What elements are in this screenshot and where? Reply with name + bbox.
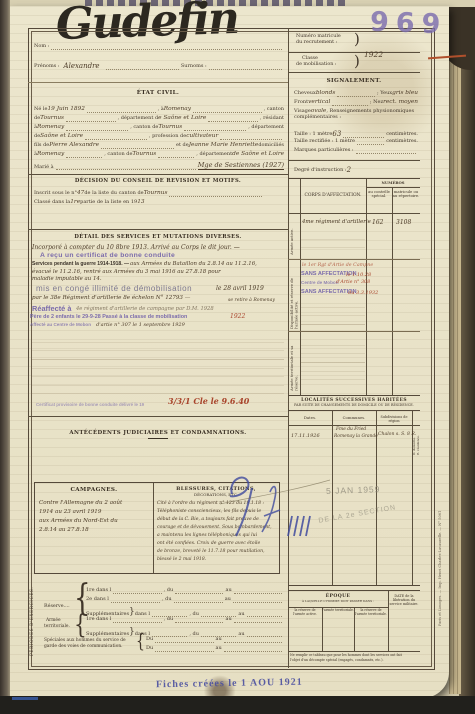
divider [288,213,420,214]
speciales-r1: Du au [146,637,284,643]
divider [322,607,323,651]
blank-rows [301,231,365,255]
degre-row: Degré d'instruction : 2 [294,166,404,174]
epoque-note2: l'objet d'un décompte spécial (engagés, … [290,659,418,663]
demobilisation-stamp: mis en congé illimité de démobilisation [36,284,192,293]
front-row: Front vertical ; Nez rect. moyen [294,99,418,106]
record-page: Gudefin Nom : Prénoms : Alexandre Surnom… [8,6,449,698]
services-line4: maladie imputable au 14. [32,276,102,282]
corps-header: CORPS D'AFFECTATION. [300,193,366,198]
localites-title2: PAR SUITE DE CHANGEMENTS DE DOMICILE OU … [290,404,418,408]
territoriale-label2: territoriale. [44,624,70,629]
label: domiciliés [258,143,284,149]
services-title: DÉTAIL DES SERVICES ET MUTATIONS DIVERSE… [28,234,288,240]
label: , canton de [130,125,158,131]
antecedents-title: ANTÉCÉDENTS JUDICIAIRES ET CONDAMNATIONS… [28,430,288,436]
front-label: Front [294,100,308,106]
campagnes-title: CAMPAGNES. [35,487,153,493]
classe-value: 1922 [364,50,383,59]
epoque-col3: la réserve de l'armée territoriale. [354,609,388,616]
speciales-label1: Spéciales aux hommes du service de [44,638,126,643]
complementaires-label: complémentaires : [294,115,341,121]
divider [288,160,420,161]
speciales-brace: { [136,632,145,653]
cm-label: centimètres. [386,139,418,145]
centre-stamp: Affecté au Centre de Mobon [30,322,91,327]
label: , canton de [104,152,132,158]
prenoms-row: Prénoms : Alexandre Surnoms : [34,62,284,70]
divider [288,425,420,426]
corps-table: NUMÉROS CORPS D'AFFECTATION. au contrôle… [288,178,420,396]
label: , du [164,617,174,623]
armee-active-label: Armée active. [290,221,294,255]
marques-row: Marques particulières : [294,148,418,154]
campagnes-line1: Contre l'Allemagne du 2 août [39,500,122,506]
label: fils de [34,143,49,149]
reaffecte-stamp: Réaffecté à [32,304,71,313]
decision-line1: Inscrit sous le n° 47 de la liste du can… [34,190,264,197]
label: Inscrit sous le n° [34,191,77,197]
matricule-label2: du recrutement : [296,40,337,46]
localite-row-subdivision: Chalon s. S. 8 R. [378,432,416,437]
classe-label1: Classe [302,56,318,62]
degre-label: Degré d'instruction : [294,168,347,174]
sans1-date: le 1.10.28 [346,272,371,278]
residence: Romenay [37,124,64,131]
label: au [216,637,222,643]
label: , département [196,152,232,158]
ec-line1: Né le 19 Juin 1892 , à Romenay , canton [34,106,284,113]
domicile: Romenay [37,151,64,158]
blessures-l8: blessé le 2 mai 1918. [157,557,206,562]
birth-place: Romenay [164,106,191,113]
blank-rows [301,299,365,327]
label: de la liste du canton de [84,191,143,197]
title-underline [148,438,168,439]
printer-imprint: Paris et Limoges. — Imp. Henri Charles-L… [438,296,442,626]
blessures-l6: ont été confiées. Croix de guerre avec é… [157,541,260,546]
yeux-label: ; Yeux [377,91,392,97]
ec-line5: fils de Pierre Alexandre et de Jeanne Ma… [34,142,284,149]
birth-date: 19 Juin 1892 [47,106,84,113]
demobilisation-date: le 28 avril 1919 [216,285,264,292]
campagnes-line3: aux Armées du Nord-Est du [39,518,118,524]
label: 1re dans l [86,617,111,623]
label: Né le [34,107,47,113]
services-line5b: se retire à Romenay [228,298,275,303]
departement: e Saône et Loire [158,115,206,122]
divider [288,72,420,73]
ec-line3: à Romenay , canton de Tournus , départem… [34,124,284,131]
front-value: vertical [308,99,330,106]
services-line3: évacué le 11.2.16, rentré aux Armées du … [32,269,221,275]
divider [288,331,420,332]
periode-r1: 1re dans l , du au [86,588,284,594]
pere-stamp: Père de 2 enfants le 29-9-28 Passé à la … [30,314,187,320]
yeux-value: gris bleu [392,90,418,97]
marie-value: Mge de Sestiennes (1927) [198,162,284,170]
label: Du [146,637,153,643]
periode-r2: 2e dans l , du au [86,597,284,603]
speciales-r2: Du au [146,646,284,652]
canton: Tournus [132,151,156,158]
scanned-military-record: Gudefin Nom : Prénoms : Alexandre Surnom… [0,0,475,714]
etat-civil-title: ÉTAT CIVIL. [28,90,288,96]
matricule-label1: Numéro matricule [296,34,341,40]
localite-row-commune1: Fme du Fried [336,427,366,432]
services-line5: par le 38e Régiment d'artillerie 8e éche… [32,295,190,301]
corps-row1-controle: 162 [372,219,383,226]
communes-header: Communes. [332,416,376,420]
supplementaires-label: Supplémentaires [86,632,129,638]
centre-mob-red: d'Artie n° 308 [336,280,370,285]
nez-value: rect. moyen [383,99,418,106]
classe-label2: de mobilisation : [296,62,336,68]
pen-scribble [218,458,338,540]
matricule-number-stamp: 969 [369,7,447,41]
divider [366,187,420,188]
canton: Tournus [144,190,168,197]
label: , département [248,125,284,131]
taille-row: Taille : 1 mètre 63 centimètres. [294,130,418,138]
centre-value: d'artie n° 307 le 1 septembre 1929 [96,322,185,328]
classe-brace: ) [354,52,360,70]
periode-t2: Supplémentaires } dans l , du au [86,627,284,637]
periodes-side-label: PÉRIODES D'EXERCICES. [30,586,35,656]
label: , canton [264,107,284,113]
services-line1: Incorporé à compter du 10 8bre 1913. Arr… [32,244,240,251]
taille-rect-row: Taille rectifiée : 1 mètre centimètres. [294,139,418,145]
label: au [225,588,231,594]
cheveux-label: Cheveux [294,91,316,97]
taille-value: 63 [332,130,341,138]
corps-row1-matricule: 3108 [396,219,411,226]
campagnes-line2: 1914 au 23 avril 1919 [39,509,101,515]
label: Du [146,646,153,652]
canton: Tournus [40,115,64,122]
ec-line6: à Romenay , canton de Tournus , départem… [34,151,284,158]
blank-ruled-area [32,334,284,400]
profession: cultivateur [186,133,218,140]
taille-rectifiee-label: Taille rectifiée : 1 mètre [294,139,355,145]
list-number: 47 [77,190,84,197]
divider [366,179,367,395]
page-stack-edge [449,8,461,694]
label: au [225,617,231,623]
localite-row-date: 17.11.1926 [291,433,320,439]
guerre-stamp: Services pendant la guerre 1914-1918. — [32,261,129,267]
numeros-header: NUMÉROS [366,181,420,185]
label: , département d [118,116,159,122]
campagnes-line4: 2.8.14 au 27.8.18 [39,527,89,533]
divider [28,82,288,83]
departement: Saône et Loire [40,133,83,140]
territoriale-brace: { [74,608,87,639]
surnoms-label: Surnoms : [181,64,207,70]
controle-header: au contrôle spécial. [366,190,392,199]
photo-right-edge [459,0,475,714]
nom-row: Nom : [34,44,284,50]
departement: de Saône et Loire [232,151,284,158]
sans2-date: du 3.3.1932 [348,290,378,296]
decision-title: DÉCISION DU CONSEIL DE REVISION ET MOTIF… [28,178,288,184]
certificat-stamp: A reçu un certificat de bonne conduite [40,252,175,259]
epoque-col2: l'armée territoriale. [322,609,354,613]
fiches-creees-stamp: Fiches créées le 1 AOU 1921 [156,677,303,691]
corps-row1-name: 4me régiment d'artillerie [302,219,371,225]
nom-label: Nom : [34,44,49,50]
red-affectation: le 1er Rgt d'Artie de Campne [302,263,373,268]
epoque-subtitle: À LAQUELLE L'HOMME DOIT PASSER DANS : [288,600,388,603]
label: Classé dans la [34,200,70,206]
canton: Tournus [158,124,182,131]
nez-label: ; Nez [370,100,383,106]
signalement-title: SIGNALEMENT. [288,78,420,84]
label: au [216,646,222,652]
periode-r3: Supplémentaires } dans l , du au [86,607,284,617]
certificat-provisoire-stamp: Certificat provisoire de bonne conduite … [36,402,144,407]
date-liberation-header: DATE de la libération du service militai… [388,595,420,607]
blessures-l7: de bronze, breveté le 11.7.18 pour mutil… [157,549,265,554]
red-note: 3/3/1 Cle le 9.6.40 [168,396,249,406]
matricule-brace: ) [354,30,360,48]
ec-line2: de Tournus , département d e Saône et Lo… [34,115,284,122]
legend-residence: R. résidence. [417,415,420,455]
pere-value: 1922 [230,313,245,320]
speciales-label2: garde des voies de communication. [44,644,123,649]
epoque-table: ÉPOQUE À LAQUELLE L'HOMME DOIT PASSER DA… [288,590,420,669]
photo-bottom-edge [0,696,475,714]
label: 1re dans l [86,588,111,594]
label: au [225,597,231,603]
localite-row-commune2: Romenay la Grande [334,434,378,439]
blank-rows [301,337,365,387]
divider [28,174,288,175]
mother-name: Jeanne Marie Henriette [189,142,259,149]
label: 2e dans l [86,597,109,603]
marie-row: Marié à Mge de Sestiennes (1927) [34,162,284,170]
annee: 13 [137,199,144,206]
subdivisions-header: Subdivisions de région [376,416,412,424]
label: , du [162,597,172,603]
divider [28,416,288,417]
divider [28,229,288,230]
divider [288,651,420,652]
territoriale-label1: Armée [46,618,61,623]
partie: 1re [70,199,80,206]
marques-label: Marques particulières : [294,148,354,154]
decision-line2: Classé dans la 1re partie de la liste en… [34,199,214,206]
dates-header: Dates. [288,416,332,420]
ec-line4: de Saône et Loire , profession de cultiv… [34,133,284,140]
label: et de [176,143,189,149]
reaffecte-value: 4e régiment d'artillerie de campagne par… [76,306,214,312]
prenoms-label: Prénoms : [34,64,60,70]
degre-value: 2 [347,166,351,174]
centre-mob-stamp: Centre de Mobon [301,280,339,285]
label: , résidant [260,116,284,122]
marie-label: Marié à [34,165,54,171]
prenom-value: Alexandre [64,62,100,70]
reserve-label: Réserve.... [44,604,70,610]
label: , profession de [149,134,186,140]
divider [392,187,393,395]
book-binding [0,0,10,702]
territoriale-reserve-label: Armée territoriale et sa réserve. [290,337,299,391]
father-name: Pierre Alexandre [49,142,99,149]
divider [288,259,420,260]
periode-t1: 1re dans l , du au [86,617,284,623]
services-line2: aux Armées du Bataillon du 2.8.14 au 11.… [130,261,257,267]
repertoire-header: matricule ou au répertoire. [392,190,420,199]
disponibilite-label: Disponibilité et réserve de l'armée acti… [290,265,299,329]
blue-mark [12,697,38,700]
epoque-col1: la réserve de l'armée active. [288,609,322,616]
label: partie de la liste en 19 [80,200,137,206]
cheveux-row: Cheveux blonds ; Yeux gris bleu [294,90,418,97]
label: , du [164,588,174,594]
cheveux-value: blonds [316,90,335,97]
